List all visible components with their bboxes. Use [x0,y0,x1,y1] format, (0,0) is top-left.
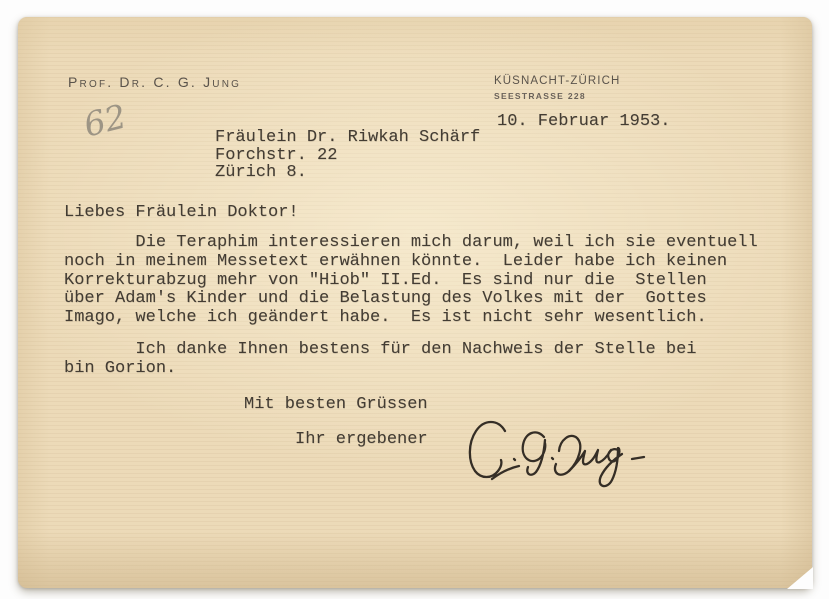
body-paragraph-2: Ich danke Ihnen bestens für den Nachweis… [64,341,697,379]
recipient-name: Fräulein Dr. Riwkah Schärf [215,129,480,147]
body-line: Ich danke Ihnen bestens für den Nachweis… [64,341,697,360]
letterhead-sender: Prof. Dr. C. G. Jung [68,74,241,90]
body-line: noch in meinem Messetext erwähnen könnte… [64,253,758,272]
body-line: Die Teraphim interessieren mich darum, w… [64,234,758,253]
recipient-city: Zürich 8. [215,164,480,182]
letterhead-street: SEESTRASSE 228 [494,91,586,101]
body-paragraph-1: Die Teraphim interessieren mich darum, w… [64,234,758,328]
valediction: Mit besten Grüssen [244,395,428,414]
pencil-archive-number: 62 [80,96,130,144]
body-line: Imago, welche ich geändert habe. Es ist … [64,309,758,328]
letter-paper: Prof. Dr. C. G. Jung KÜSNACHT-ZÜRICH SEE… [18,17,812,588]
body-line: bin Gorion. [64,360,697,379]
salutation: Liebes Fräulein Doktor! [64,203,299,222]
scan-background: Prof. Dr. C. G. Jung KÜSNACHT-ZÜRICH SEE… [0,0,829,599]
handwritten-signature [448,409,672,513]
recipient-address-block: Fräulein Dr. Riwkah Schärf Forchstr. 22 … [215,129,480,182]
signoff: Ihr ergebener [295,430,428,449]
letterhead-place: KÜSNACHT-ZÜRICH [494,75,620,87]
recipient-street: Forchstr. 22 [215,147,480,165]
letter-date: 10. Februar 1953. [497,112,670,131]
body-line: über Adam's Kinder und die Belastung des… [64,290,758,309]
paper-corner-chip [787,567,813,589]
body-line: Korrekturabzug mehr von "Hiob" II.Ed. Es… [64,272,758,291]
